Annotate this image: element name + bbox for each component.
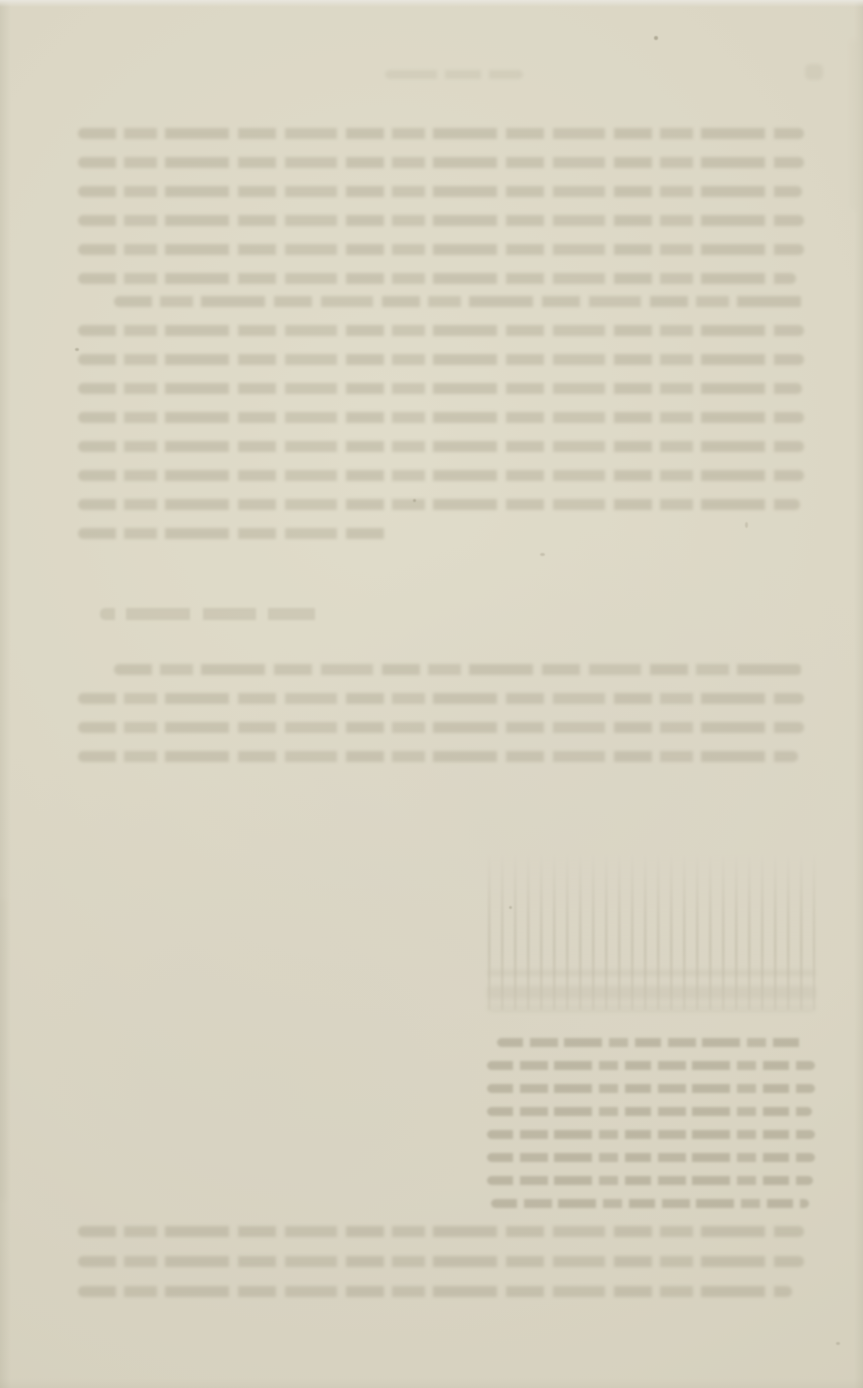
ink-speck-4 bbox=[540, 553, 545, 556]
ink-speck-3 bbox=[413, 499, 416, 502]
paragraph-1-line-6 bbox=[78, 273, 796, 284]
figure-caption-block-line-1 bbox=[497, 1038, 805, 1047]
figure-caption-block-line-3 bbox=[487, 1084, 815, 1093]
paragraph-1-line-3 bbox=[78, 186, 802, 197]
paragraph-4-line-3 bbox=[78, 1286, 792, 1297]
paragraph-2-line-9 bbox=[78, 528, 390, 539]
ink-speck-6 bbox=[509, 906, 512, 909]
paragraph-3-line-4 bbox=[78, 751, 798, 762]
figure-caption-block-line-4 bbox=[487, 1107, 812, 1116]
ink-speck-2 bbox=[75, 348, 79, 351]
paragraph-2-line-8 bbox=[78, 499, 800, 510]
scan-edge-streak-1 bbox=[851, 40, 856, 210]
scanned-page bbox=[0, 0, 863, 1388]
paragraph-2-line-4 bbox=[78, 383, 802, 394]
ink-speck-1 bbox=[654, 36, 658, 40]
paragraph-4-line-1 bbox=[78, 1226, 804, 1237]
figure-bleedthrough-stripes-band-3 bbox=[488, 1004, 815, 1011]
paragraph-2-line-5 bbox=[78, 412, 804, 423]
ink-speck-5 bbox=[745, 522, 748, 528]
paragraph-3-line-3 bbox=[78, 722, 804, 733]
figure-caption-block-line-8 bbox=[491, 1199, 809, 1208]
running-head-smudge-line-1 bbox=[385, 70, 523, 79]
paragraph-1-line-4 bbox=[78, 215, 804, 226]
paragraph-2-line-6 bbox=[78, 441, 804, 452]
section-heading-smudge-line-1 bbox=[100, 608, 335, 620]
figure-bleedthrough-stripes-band-2 bbox=[488, 986, 815, 1000]
figure-bleedthrough-stripes-band-1 bbox=[488, 970, 815, 976]
page-number-right-smudge-line-1 bbox=[805, 64, 823, 80]
paragraph-1-line-1 bbox=[78, 128, 804, 139]
figure-caption-block-line-2 bbox=[487, 1061, 815, 1070]
paragraph-2-line-2 bbox=[78, 325, 804, 336]
figure-bleedthrough-stripes bbox=[488, 856, 815, 1010]
figure-caption-block-line-5 bbox=[487, 1130, 815, 1139]
paragraph-4-line-2 bbox=[78, 1256, 804, 1267]
paragraph-3-line-1 bbox=[114, 664, 802, 675]
paragraph-1-line-2 bbox=[78, 157, 804, 168]
figure-caption-block-line-7 bbox=[487, 1176, 813, 1185]
paragraph-2-line-1 bbox=[114, 296, 804, 307]
paragraph-2-line-3 bbox=[78, 354, 804, 365]
scan-edge-streak-2 bbox=[0, 900, 6, 1200]
figure-caption-block-line-6 bbox=[487, 1153, 815, 1162]
paragraph-3-line-2 bbox=[78, 693, 804, 704]
paragraph-2-line-7 bbox=[78, 470, 804, 481]
ink-speck-7 bbox=[836, 1342, 840, 1345]
paragraph-1-line-5 bbox=[78, 244, 804, 255]
